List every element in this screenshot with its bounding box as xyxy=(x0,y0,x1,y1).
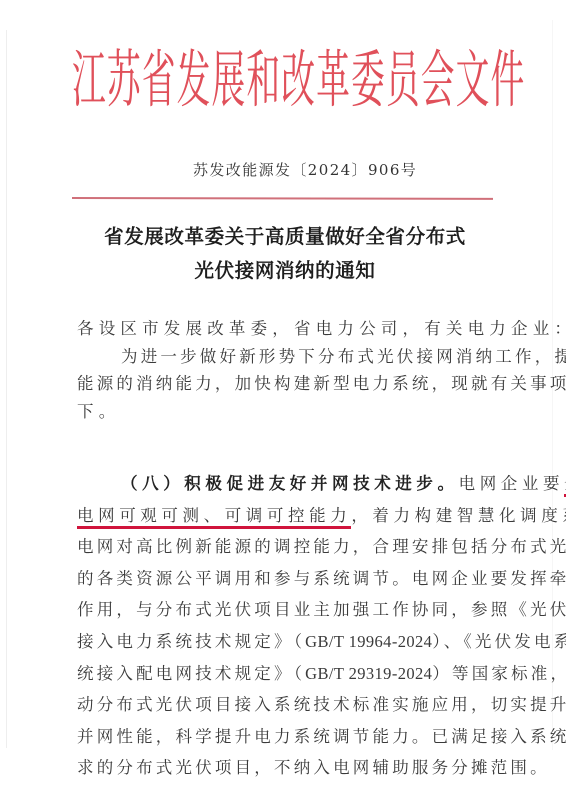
section-8-line-6: 接入电力系统技术规定》（GB/T 19964-2024）、《光伏发电系 xyxy=(77,626,499,658)
notice-title: 省发展改革委关于高质量做好全省分布式 光伏接网消纳的通知 xyxy=(60,220,510,288)
section-8-line-10: 求的分布式光伏项目，不纳入电网辅助服务分摊范围。 xyxy=(77,752,499,784)
section-8-line-7: 统接入配电网技术规定》（GB/T 29319-2024）等国家标准，推 xyxy=(77,658,499,690)
section-8-line-5: 作用，与分布式光伏项目业主加强工作协同，参照《光伏发电站 xyxy=(77,594,499,626)
standard-code-2: GB/T 29319-2024 xyxy=(305,664,432,683)
notice-title-line-2: 光伏接网消纳的通知 xyxy=(60,254,510,288)
standard-ref-1-suffix: ）、《光伏发电系 xyxy=(432,632,566,651)
standard-code-1: GB/T 19964-2024 xyxy=(305,632,432,651)
document-page: 江苏省发展和改革委员会文件 苏发改能源发〔2024〕906号 省发展改革委关于高… xyxy=(0,0,566,800)
section-8-line-1: （八）积极促进友好并网技术进步。电网企业要全面提升配 xyxy=(77,468,499,500)
intro-line-1: 为进一步做好新形势下分布式光伏接网消纳工作，提升对新 xyxy=(77,343,499,371)
section-8-heading: （八）积极促进友好并网技术进步。 xyxy=(121,474,459,493)
section-8-line-2: 电网可观可测、可调可控能力，着力构建智慧化调度系统，提高 xyxy=(77,500,499,532)
section-8-line-3: 电网对高比例新能源的调控能力，合理安排包括分布式光伏在内 xyxy=(77,531,499,563)
section-8-line-4: 的各类资源公平调用和参与系统调节。电网企业要发挥牵头组织 xyxy=(77,563,499,595)
page-left-edge xyxy=(6,30,7,748)
issuer-title: 江苏省发展和改革委员会文件 xyxy=(72,42,301,118)
standard-ref-1-prefix: 接入电力系统技术规定》（ xyxy=(77,632,305,651)
highlight-underline-2: 电网可观可测、可调可控能力 xyxy=(77,506,351,529)
red-divider-line xyxy=(72,197,493,200)
section-8: （八）积极促进友好并网技术进步。电网企业要全面提升配 电网可观可测、可调可控能力… xyxy=(77,468,499,784)
intro-line-3: 下。 xyxy=(77,398,499,426)
standard-ref-2-suffix: ）等国家标准，推 xyxy=(432,664,566,683)
section-8-line-8: 动分布式光伏项目接入系统技术标准实施应用，切实提升新能源 xyxy=(77,689,499,721)
notice-title-line-1: 省发展改革委关于高质量做好全省分布式 xyxy=(60,220,510,254)
section-8-line-2-text: ，着力构建智慧化调度系统，提高 xyxy=(351,506,566,525)
document-number: 苏发改能源发〔2024〕906号 xyxy=(193,158,393,182)
intro-line-2: 能源的消纳能力，加快构建新型电力系统，现就有关事项通知如 xyxy=(77,370,499,398)
intro-section: 各设区市发展改革委，省电力公司，有关电力企业： 为进一步做好新形势下分布式光伏接… xyxy=(77,315,499,425)
section-8-line-1-text: 电网企业要 xyxy=(459,474,565,493)
standard-ref-2-prefix: 统接入配电网技术规定》（ xyxy=(77,664,305,683)
addressees: 各设区市发展改革委，省电力公司，有关电力企业： xyxy=(77,315,499,343)
section-8-line-9: 并网性能，科学提升电力系统调节能力。已满足接入系统技术要 xyxy=(77,721,499,753)
